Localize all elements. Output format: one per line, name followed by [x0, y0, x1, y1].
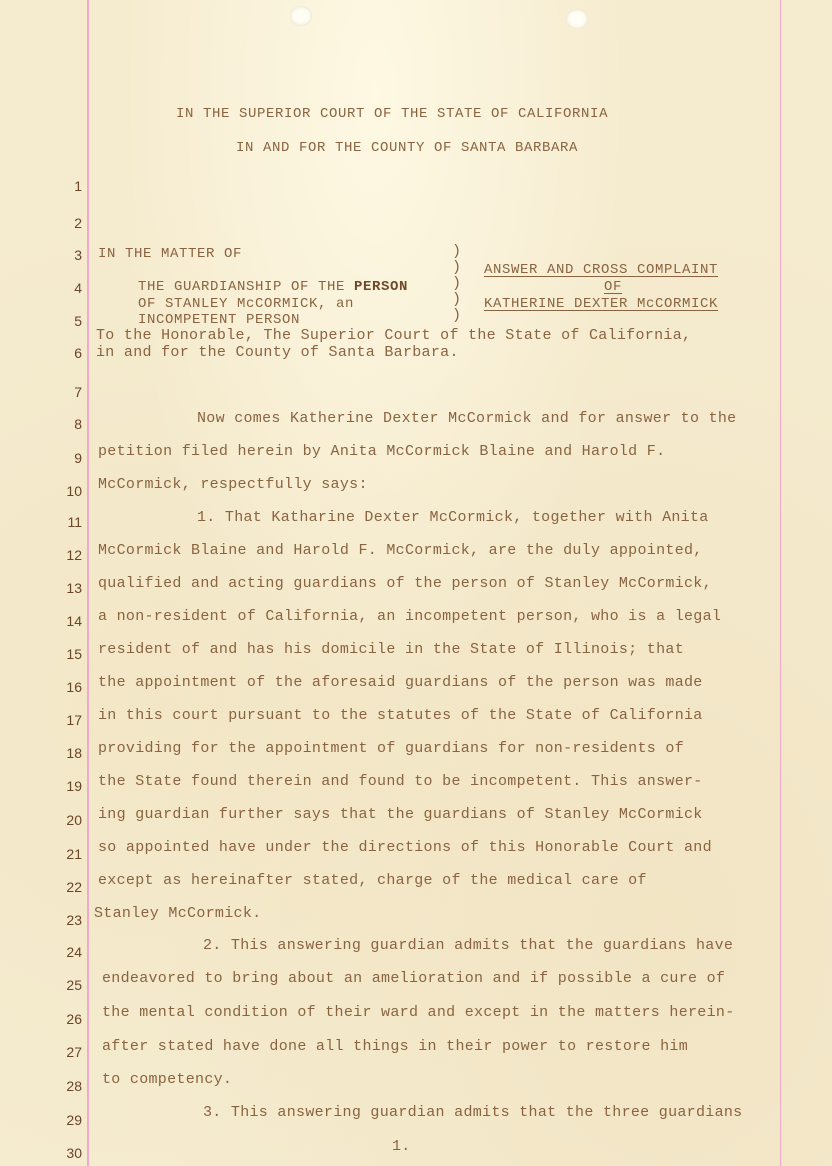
line-number: 16	[52, 679, 82, 695]
address-line-1: To the Honorable, The Superior Court of …	[96, 327, 691, 344]
line-number: 28	[52, 1078, 82, 1094]
title-line-1: ANSWER AND CROSS COMPLAINT	[484, 262, 718, 278]
line-number: 1	[52, 178, 82, 194]
caption-line-c: INCOMPETENT PERSON	[138, 312, 300, 328]
body-line: 3. This answering guardian admits that t…	[203, 1104, 742, 1121]
body-line: 2. This answering guardian admits that t…	[203, 937, 733, 954]
line-number: 3	[52, 247, 82, 263]
caption-matter-of: IN THE MATTER OF	[98, 246, 242, 262]
bracket-segment: )	[452, 308, 464, 324]
address-line-2: in and for the County of Santa Barbara.	[96, 344, 459, 361]
body-line: so appointed have under the directions o…	[98, 839, 712, 856]
line-number: 22	[52, 879, 82, 895]
caption-line-a: THE GUARDIANSHIP OF THE PERSON	[138, 279, 408, 295]
punch-hole-right	[566, 9, 588, 29]
body-line: resident of and has his domicile in the …	[98, 641, 684, 658]
title-line-2: OF	[604, 279, 622, 295]
caption-line-a-bold: PERSON	[354, 279, 408, 295]
body-line: 1. That Katharine Dexter McCormick, toge…	[197, 509, 709, 526]
body-line: except as hereinafter stated, charge of …	[98, 872, 647, 889]
line-number: 11	[52, 514, 82, 530]
line-number: 9	[52, 450, 82, 466]
line-number: 30	[52, 1145, 82, 1161]
line-number: 26	[52, 1011, 82, 1027]
page-number: 1.	[392, 1138, 411, 1155]
body-line: the mental condition of their ward and e…	[102, 1004, 735, 1021]
line-number: 6	[52, 345, 82, 361]
body-line: the State found therein and found to be …	[98, 773, 703, 790]
line-number: 4	[52, 280, 82, 296]
line-number: 13	[52, 580, 82, 596]
left-margin-rule	[87, 0, 89, 1166]
line-number: 18	[52, 745, 82, 761]
line-number: 15	[52, 646, 82, 662]
line-number: 24	[52, 944, 82, 960]
line-number: 19	[52, 778, 82, 794]
body-line: qualified and acting guardians of the pe…	[98, 575, 712, 592]
line-number: 29	[52, 1112, 82, 1128]
body-line: McCormick Blaine and Harold F. McCormick…	[98, 542, 703, 559]
line-number: 2	[52, 215, 82, 231]
body-line: after stated have done all things in the…	[102, 1038, 688, 1055]
body-line: providing for the appointment of guardia…	[98, 740, 684, 757]
body-line: petition filed herein by Anita McCormick…	[98, 443, 665, 460]
title-line-3: KATHERINE DEXTER McCORMICK	[484, 296, 718, 312]
body-line: a non-resident of California, an incompe…	[98, 608, 721, 625]
line-number: 20	[52, 812, 82, 828]
line-number: 23	[52, 912, 82, 928]
line-number: 21	[52, 846, 82, 862]
bracket-segment: )	[452, 292, 464, 308]
line-number: 25	[52, 977, 82, 993]
body-line: in this court pursuant to the statutes o…	[98, 707, 703, 724]
body-line: endeavored to bring about an amelioratio…	[102, 970, 725, 987]
county-heading: IN AND FOR THE COUNTY OF SANTA BARBARA	[236, 140, 578, 156]
body-line: the appointment of the aforesaid guardia…	[98, 674, 703, 691]
caption-line-b: OF STANLEY McCORMICK, an	[138, 296, 354, 312]
line-number: 27	[52, 1044, 82, 1060]
line-number: 8	[52, 416, 82, 432]
bracket-segment: )	[452, 276, 464, 292]
caption-line-a-text: THE GUARDIANSHIP OF THE	[138, 279, 354, 295]
line-number: 17	[52, 712, 82, 728]
line-number: 5	[52, 313, 82, 329]
caption-bracket: ) ) ) ) )	[452, 244, 464, 324]
court-heading: IN THE SUPERIOR COURT OF THE STATE OF CA…	[176, 106, 608, 122]
line-number: 7	[52, 384, 82, 400]
right-margin-rule	[780, 0, 781, 1166]
body-line: Now comes Katherine Dexter McCormick and…	[197, 410, 736, 427]
body-line: McCormick, respectfully says:	[98, 476, 368, 493]
bracket-segment: )	[452, 260, 464, 276]
punch-hole-left	[290, 6, 312, 26]
body-line: to competency.	[102, 1071, 232, 1088]
line-number: 14	[52, 613, 82, 629]
body-line: Stanley McCormick.	[94, 905, 261, 922]
bracket-segment: )	[452, 244, 464, 260]
body-line: ing guardian further says that the guard…	[98, 806, 703, 823]
line-number: 12	[52, 547, 82, 563]
line-number: 10	[52, 483, 82, 499]
